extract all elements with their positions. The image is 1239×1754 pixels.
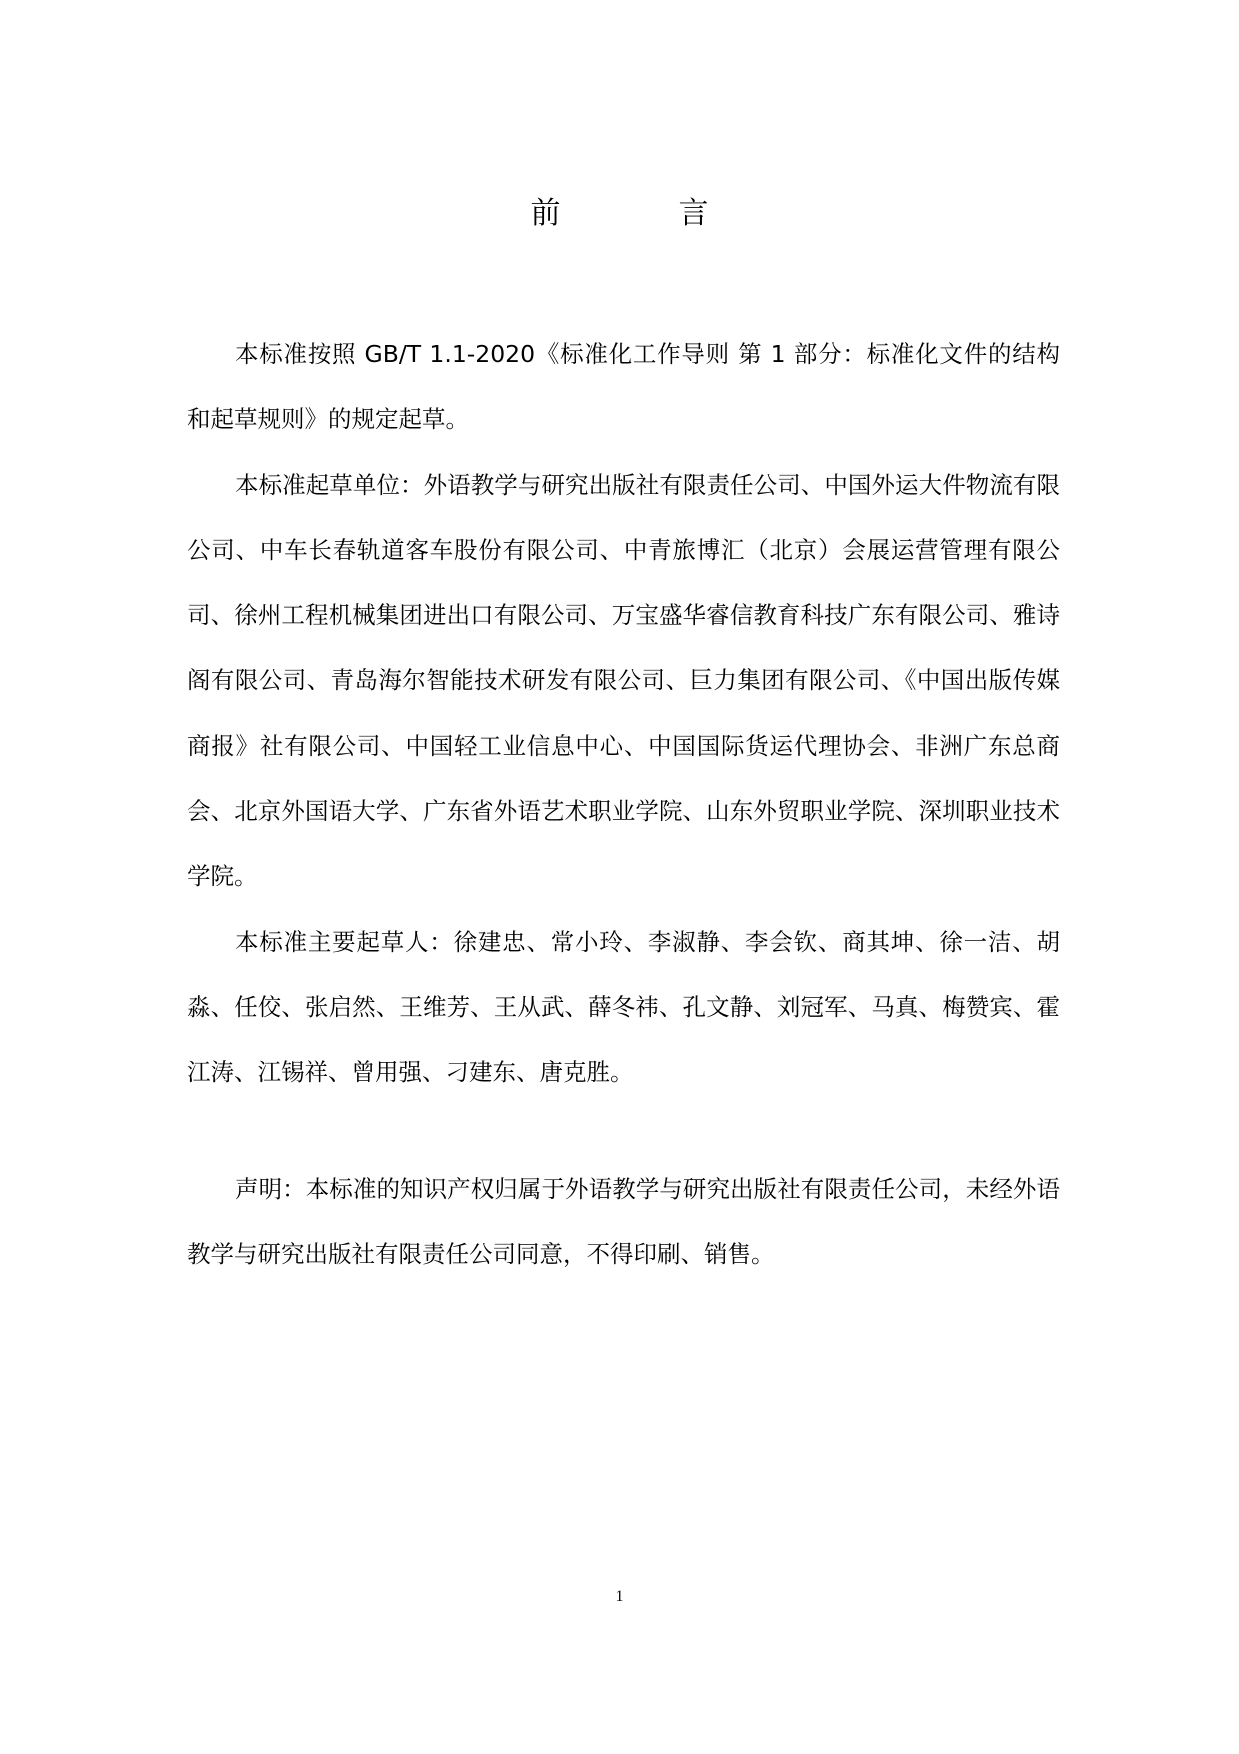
page-number: 1 [0,1588,1239,1606]
page-title: 前 言 [0,192,1239,236]
paragraph-drafting-units: 本标准起草单位：外语教学与研究出版社有限责任公司、中国外运大件物流有限公司、中车… [187,453,1060,910]
document-page: 前 言 本标准按照 GB/T 1.1-2020《标准化工作导则 第 1 部分：标… [0,0,1239,1754]
document-body: 本标准按照 GB/T 1.1-2020《标准化工作导则 第 1 部分：标准化文件… [187,322,1060,1287]
paragraph-main-drafters: 本标准主要起草人：徐建忠、常小玲、李淑静、李会钦、商其坤、徐一洁、胡淼、任佼、张… [187,910,1060,1106]
paragraph-copyright-statement: 声明：本标准的知识产权归属于外语教学与研究出版社有限责任公司，未经外语教学与研究… [187,1157,1060,1288]
paragraph-drafting-rules: 本标准按照 GB/T 1.1-2020《标准化工作导则 第 1 部分：标准化文件… [187,322,1060,453]
